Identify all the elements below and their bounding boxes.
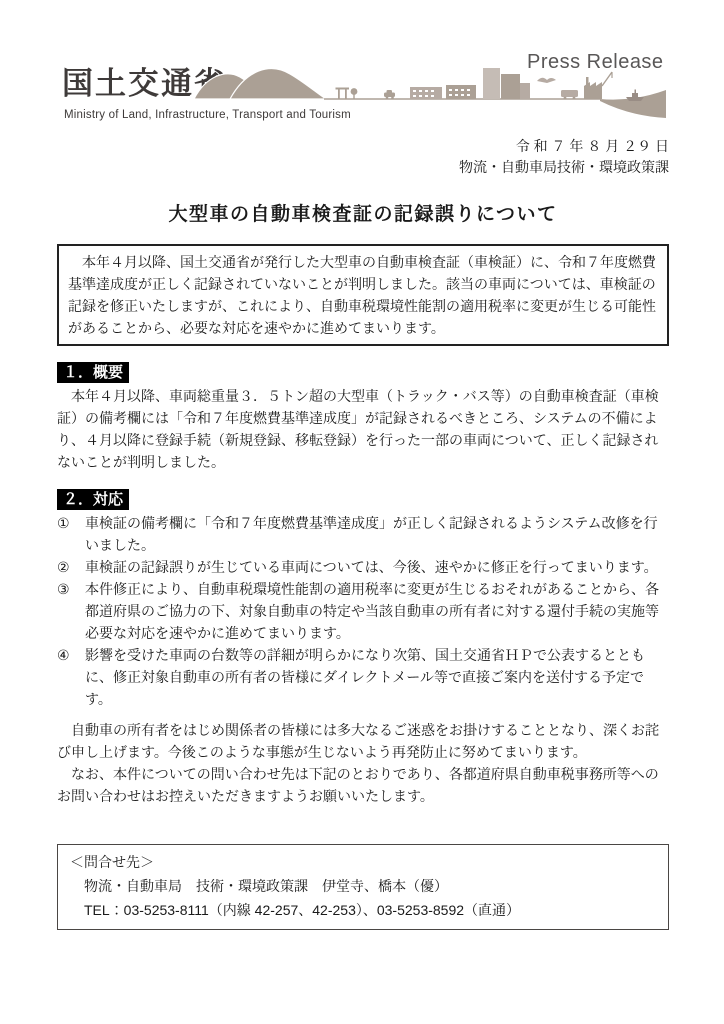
low-buildings-icon	[410, 85, 476, 99]
apology-paragraph: 自動車の所有者をはじめ関係者の皆様には多大なるご迷惑をお掛けすることとなり、深く…	[57, 719, 669, 763]
section-heading-response: ２．対応	[57, 489, 129, 510]
hills-icon	[194, 69, 326, 99]
ship-icon	[626, 90, 644, 102]
response-items: ① 車検証の備考欄に「令和７年度燃費基準達成度」が正しく記録されるようシステム改…	[57, 512, 669, 710]
release-date: 令 和 ７ 年 ８ 月 ２９ 日	[57, 136, 669, 157]
inquiry-note-paragraph: なお、本件についての問い合わせ先は下記のとおりであり、各都道府県自動車税事務所等…	[57, 763, 669, 807]
shrine-tree-icon	[336, 88, 358, 100]
item-text: 車検証の備考欄に「令和７年度燃費基準達成度」が正しく記録されるようシステム改修を…	[85, 512, 669, 556]
issuing-department: 物流・自動車局技術・環境政策課	[57, 157, 669, 178]
truck-icon	[561, 90, 578, 99]
list-item: ① 車検証の備考欄に「令和７年度燃費基準達成度」が正しく記録されるようシステム改…	[57, 512, 669, 556]
list-item: ③ 本件修正により、自動車税環境性能割の適用税率に変更が生じるおそれがあることか…	[57, 578, 669, 644]
item-number: ④	[57, 644, 85, 710]
bird-icon	[537, 78, 556, 83]
item-text: 本件修正により、自動車税環境性能割の適用税率に変更が生じるおそれがあることから、…	[85, 578, 669, 644]
contact-box: ＜問合せ先＞ 物流・自動車局 技術・環境政策課 伊堂寺、橋本（優） TEL：03…	[57, 844, 669, 930]
car-icon	[384, 90, 395, 99]
press-release-page: 国土交通省 Ministry of Land, Infrastructure, …	[0, 0, 724, 1024]
dateline: 令 和 ７ 年 ８ 月 ２９ 日 物流・自動車局技術・環境政策課	[57, 136, 669, 178]
list-item: ② 車検証の記録誤りが生じている車両については、今後、速やかに修正を行ってまいり…	[57, 556, 669, 578]
section-overview-body: 本年４月以降、車両総重量３．５トン超の大型車（トラック・バス等）の自動車検査証（…	[57, 385, 669, 473]
item-text: 車検証の記録誤りが生じている車両については、今後、速やかに修正を行ってまいります…	[85, 556, 669, 578]
item-number: ①	[57, 512, 85, 556]
contact-phone-line: TEL：03-5253-8111（内線 42-257、42-253）、03-52…	[70, 898, 656, 922]
item-number: ③	[57, 578, 85, 644]
item-number: ②	[57, 556, 85, 578]
tall-buildings-icon	[483, 68, 530, 99]
document-body: 令 和 ７ 年 ８ 月 ２９ 日 物流・自動車局技術・環境政策課 大型車の自動車…	[57, 136, 669, 930]
list-item: ④ 影響を受けた車両の台数等の詳細が明らかになり次第、国土交通省ＨＰで公表すると…	[57, 644, 669, 710]
closing-remarks: 自動車の所有者をはじめ関係者の皆様には多大なるご迷惑をお掛けすることとなり、深く…	[57, 719, 669, 807]
contact-department-line: 物流・自動車局 技術・環境政策課 伊堂寺、橋本（優）	[70, 874, 656, 898]
contact-label: ＜問合せ先＞	[70, 850, 656, 874]
section-response: ２．対応 ① 車検証の備考欄に「令和７年度燃費基準達成度」が正しく記録されるよう…	[57, 488, 669, 710]
section-heading-overview: １．概要	[57, 362, 129, 383]
landscape-cityscape-silhouette-icon	[188, 56, 666, 128]
item-text: 影響を受けた車両の台数等の詳細が明らかになり次第、国土交通省ＨＰで公表するととも…	[85, 644, 669, 710]
document-title: 大型車の自動車検査証の記録誤りについて	[57, 202, 669, 228]
section-overview: １．概要 本年４月以降、車両総重量３．５トン超の大型車（トラック・バス等）の自動…	[57, 361, 669, 473]
factory-icon	[584, 72, 612, 99]
summary-box: 本年４月以降、国土交通省が発行した大型車の自動車検査証（車検証）に、令和７年度燃…	[57, 244, 669, 346]
